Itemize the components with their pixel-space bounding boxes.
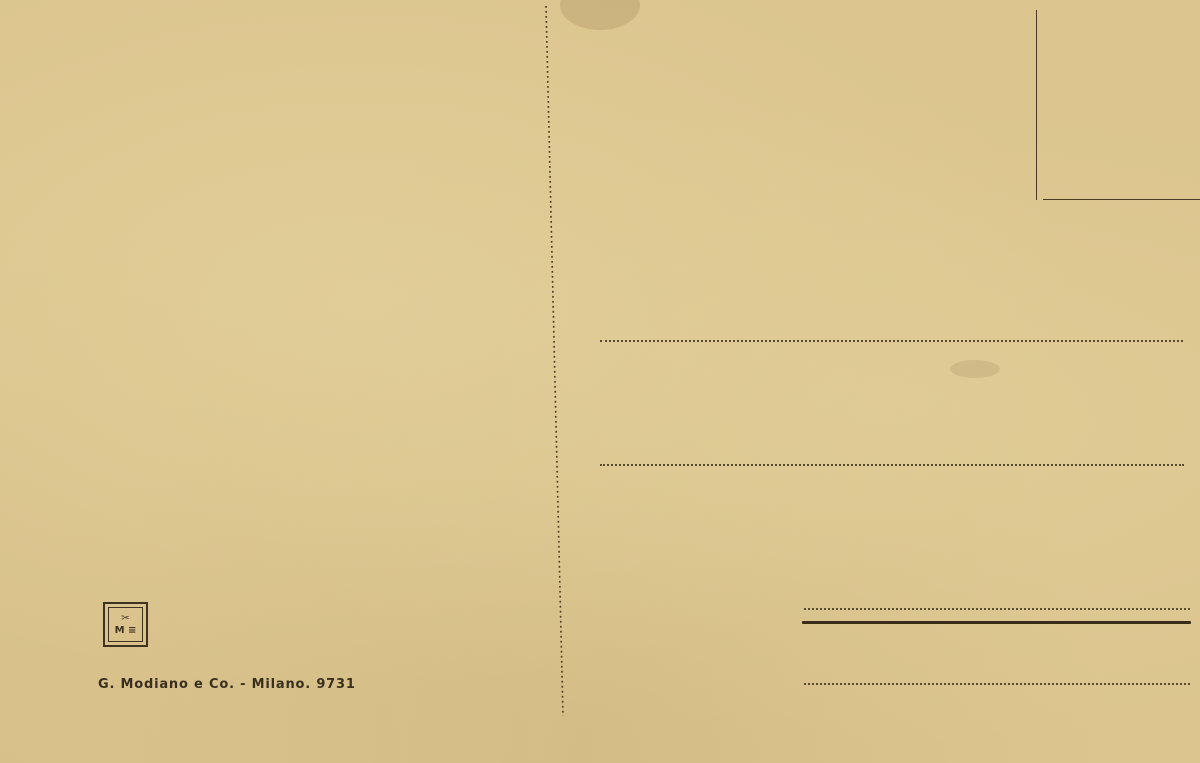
stain — [560, 0, 640, 30]
center-divider-dotted-line — [545, 6, 565, 718]
publisher-logo: ✂ M ≡ — [103, 602, 148, 647]
address-line-1 — [600, 340, 1183, 342]
stamp-box-bottom-line — [1043, 199, 1200, 201]
address-line-solid — [802, 621, 1191, 624]
address-line-3 — [804, 608, 1190, 610]
stain — [950, 360, 1000, 378]
stamp-placement-box — [1036, 10, 1200, 200]
publisher-imprint: G. Modiano e Co. - Milano. 9731 — [98, 677, 356, 692]
logo-mark-top: ✂ — [121, 613, 129, 625]
logo-mark-bottom: M ≡ — [115, 625, 137, 637]
address-line-4 — [804, 683, 1190, 685]
address-line-2 — [600, 464, 1184, 466]
